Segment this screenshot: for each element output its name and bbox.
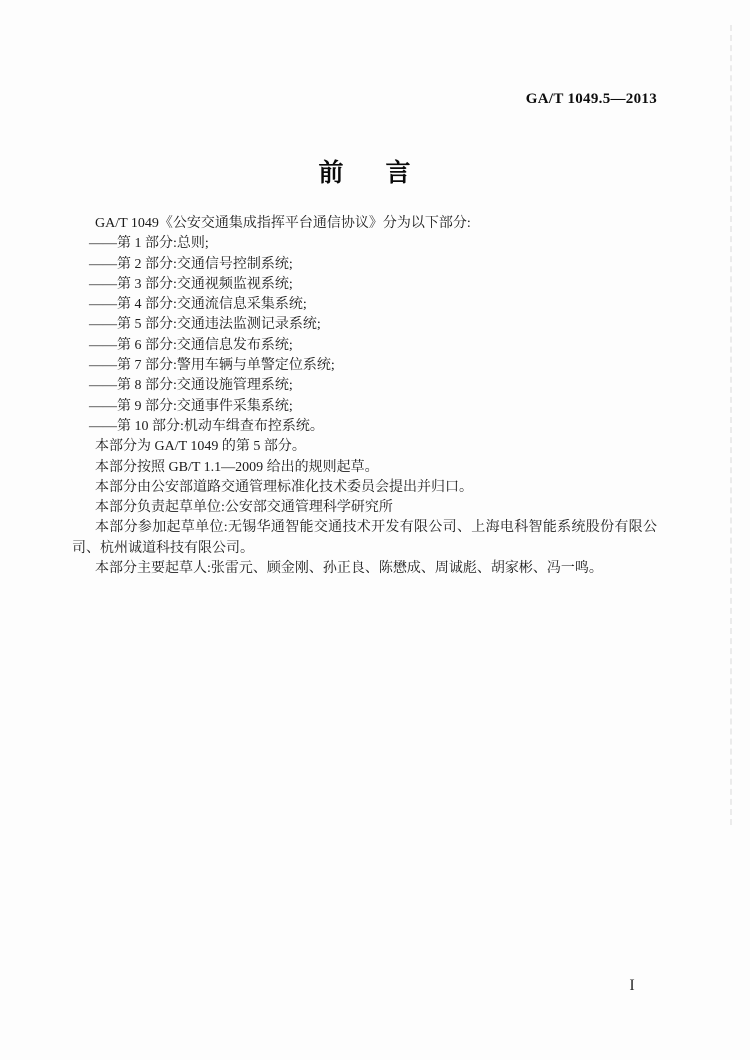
paragraph-part-statement: 本部分为 GA/T 1049 的第 5 部分。 bbox=[72, 437, 657, 457]
part-item-8: ——第 8 部分:交通设施管理系统; bbox=[72, 376, 657, 396]
paragraph-proposing-body: 本部分由公安部道路交通管理标准化技术委员会提出并归口。 bbox=[72, 478, 657, 498]
part-item-2: ——第 2 部分:交通信号控制系统; bbox=[72, 255, 657, 275]
paragraph-drafting-rules: 本部分按照 GB/T 1.1—2009 给出的规则起草。 bbox=[72, 458, 657, 478]
part-item-3: ——第 3 部分:交通视频监视系统; bbox=[72, 275, 657, 295]
foreword-body: GA/T 1049《公安交通集成指挥平台通信协议》分为以下部分: ——第 1 部… bbox=[72, 214, 657, 579]
part-item-10: ——第 10 部分:机动车缉查布控系统。 bbox=[72, 417, 657, 437]
part-item-7: ——第 7 部分:警用车辆与单警定位系统; bbox=[72, 356, 657, 376]
page-number: I bbox=[620, 977, 644, 995]
document-page: GA/T 1049.5—2013 前言 GA/T 1049《公安交通集成指挥平台… bbox=[0, 0, 750, 1060]
scan-edge-artifact bbox=[730, 25, 732, 825]
part-item-1: ——第 1 部分:总则; bbox=[72, 234, 657, 254]
part-item-5: ——第 5 部分:交通违法监测记录系统; bbox=[72, 315, 657, 335]
paragraph-participating-orgs: 本部分参加起草单位:无锡华通智能交通技术开发有限公司、上海电科智能系统股份有限公… bbox=[72, 518, 657, 559]
part-item-6: ——第 6 部分:交通信息发布系统; bbox=[72, 336, 657, 356]
title-container: 前言 bbox=[72, 153, 657, 189]
parts-list: ——第 1 部分:总则; ——第 2 部分:交通信号控制系统; ——第 3 部分… bbox=[72, 234, 657, 437]
part-item-4: ——第 4 部分:交通流信息采集系统; bbox=[72, 295, 657, 315]
paragraph-lead-drafter-org: 本部分负责起草单位:公安部交通管理科学研究所 bbox=[72, 498, 657, 518]
page-title: 前言 bbox=[276, 153, 452, 189]
foreword-intro: GA/T 1049《公安交通集成指挥平台通信协议》分为以下部分: bbox=[72, 214, 657, 234]
paragraph-main-drafters: 本部分主要起草人:张雷元、顾金刚、孙正良、陈懋成、周诚彪、胡家彬、冯一鸣。 bbox=[72, 559, 657, 579]
standard-code-header: GA/T 1049.5—2013 bbox=[72, 91, 657, 108]
part-item-9: ——第 9 部分:交通事件采集系统; bbox=[72, 397, 657, 417]
